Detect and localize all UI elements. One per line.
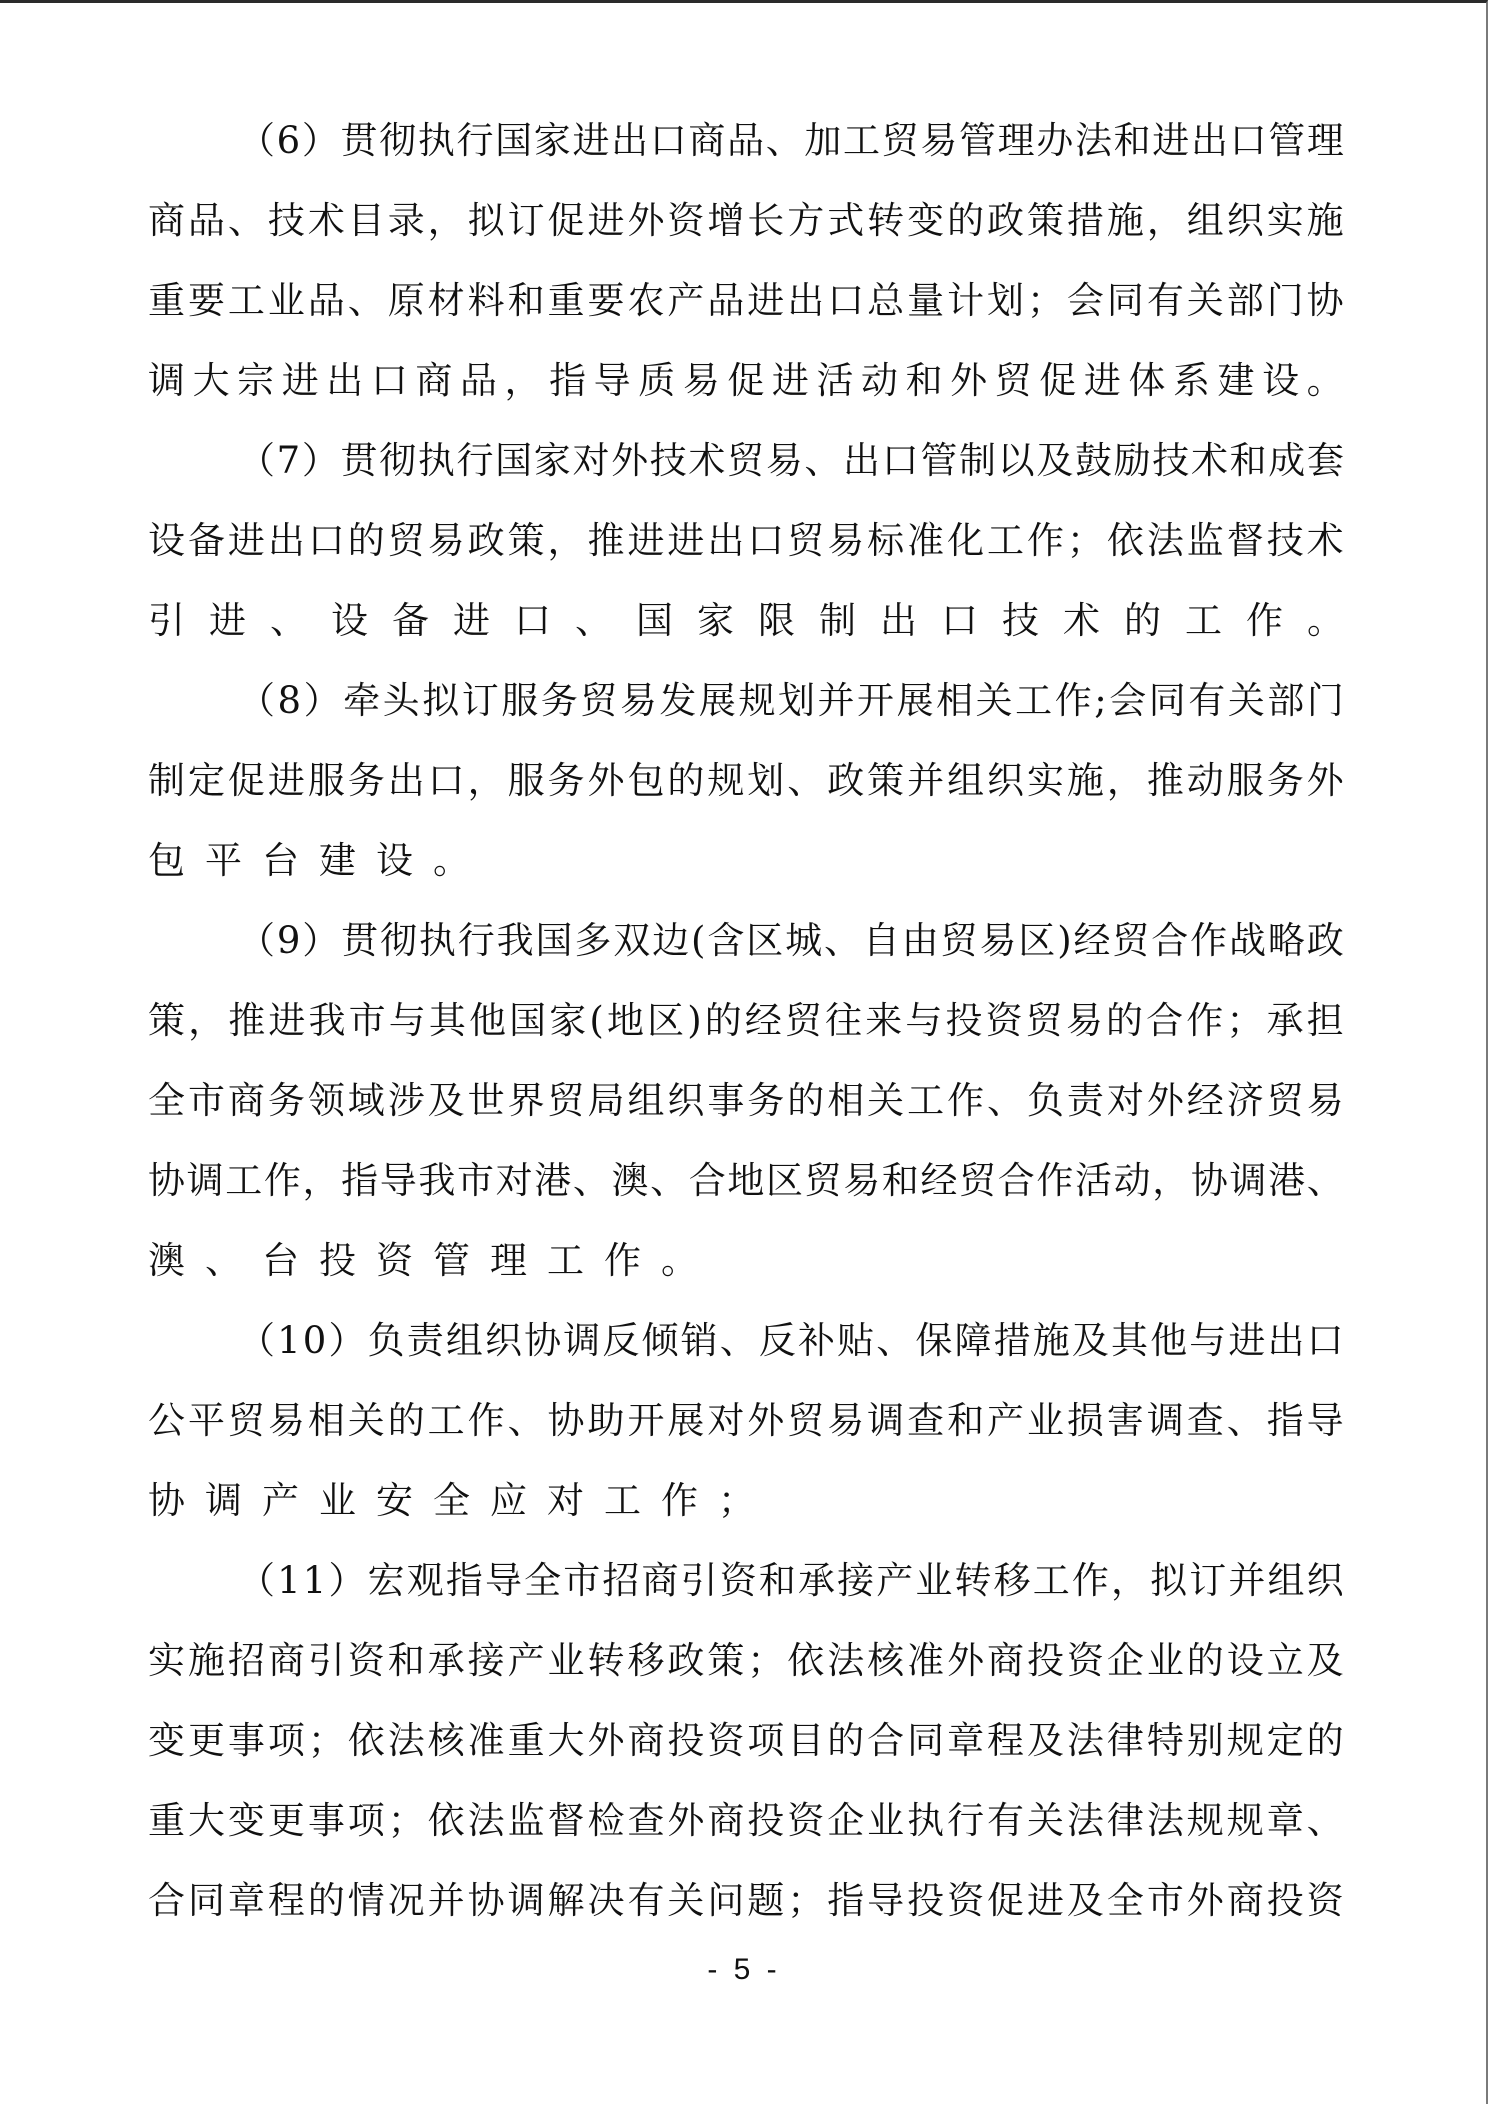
paragraph-line: 全市商务领域涉及世界贸局组织事务的相关工作、负责对外经济贸易 xyxy=(148,1061,1344,1141)
paragraph-line: 制定促进服务出口，服务外包的规划、政策并组织实施，推动服务外 xyxy=(148,741,1344,821)
paragraph-item-7: （7）贯彻执行国家对外技术贸易、出口管制以及鼓励技术和成套设备进出口的贸易政策，… xyxy=(148,421,1344,661)
paragraph-item-11: （11）宏观指导全市招商引资和承接产业转移工作，拟订并组织实施招商引资和承接产业… xyxy=(148,1541,1344,1941)
paragraph-line: 设备进出口的贸易政策，推进进出口贸易标准化工作；依法监督技术 xyxy=(148,501,1344,581)
paragraph-line: 调大宗进出口商品，指导质易促进活动和外贸促进体系建设。 xyxy=(148,341,1344,421)
paragraph-line: 实施招商引资和承接产业转移政策；依法核准外商投资企业的设立及 xyxy=(148,1621,1344,1701)
paragraph-first-line: （11）宏观指导全市招商引资和承接产业转移工作，拟订并组织 xyxy=(148,1541,1344,1621)
document-body: （6）贯彻执行国家进出口商品、加工贸易管理办法和进出口管理商品、技术目录，拟订促… xyxy=(148,101,1344,1941)
paragraph-line: 协调工作，指导我市对港、澳、合地区贸易和经贸合作活动，协调港、 xyxy=(148,1141,1344,1221)
document-page: （6）贯彻执行国家进出口商品、加工贸易管理办法和进出口管理商品、技术目录，拟订促… xyxy=(0,0,1488,2104)
paragraph-line: 重要工业品、原材料和重要农产品进出口总量计划；会同有关部门协 xyxy=(148,261,1344,341)
paragraph-line: 引进、设备进口、国家限制出口技术的工作。 xyxy=(148,581,1344,661)
paragraph-first-line: （10）负责组织协调反倾销、反补贴、保障措施及其他与进出口 xyxy=(148,1301,1344,1381)
paragraph-item-9: （9）贯彻执行我国多双边(含区城、自由贸易区)经贸合作战略政策，推进我市与其他国… xyxy=(148,901,1344,1301)
paragraph-line: 公平贸易相关的工作、协助开展对外贸易调查和产业损害调查、指导 xyxy=(148,1381,1344,1461)
paragraph-line: 包平台建设。 xyxy=(148,821,1344,901)
paragraph-line: 商品、技术目录，拟订促进外资增长方式转变的政策措施，组织实施 xyxy=(148,181,1344,261)
paragraph-first-line: （7）贯彻执行国家对外技术贸易、出口管制以及鼓励技术和成套 xyxy=(148,421,1344,501)
paragraph-item-6: （6）贯彻执行国家进出口商品、加工贸易管理办法和进出口管理商品、技术目录，拟订促… xyxy=(148,101,1344,421)
paragraph-first-line: （8）牵头拟订服务贸易发展规划并开展相关工作;会同有关部门 xyxy=(148,661,1344,741)
paragraph-line: 协调产业安全应对工作； xyxy=(148,1461,1344,1541)
paragraph-first-line: （6）贯彻执行国家进出口商品、加工贸易管理办法和进出口管理 xyxy=(148,101,1344,181)
paragraph-line: 变更事项；依法核准重大外商投资项目的合同章程及法律特别规定的 xyxy=(148,1701,1344,1781)
paragraph-item-10: （10）负责组织协调反倾销、反补贴、保障措施及其他与进出口公平贸易相关的工作、协… xyxy=(148,1301,1344,1541)
paragraph-first-line: （9）贯彻执行我国多双边(含区城、自由贸易区)经贸合作战略政 xyxy=(148,901,1344,981)
paragraph-line: 重大变更事项；依法监督检查外商投资企业执行有关法律法规规章、 xyxy=(148,1781,1344,1861)
paragraph-line: 合同章程的情况并协调解决有关问题；指导投资促进及全市外商投资 xyxy=(148,1861,1344,1941)
paragraph-line: 策，推进我市与其他国家(地区)的经贸往来与投资贸易的合作；承担 xyxy=(148,981,1344,1061)
paragraph-line: 澳、台投资管理工作。 xyxy=(148,1221,1344,1301)
page-number: - 5 - xyxy=(0,1953,1488,1987)
paragraph-item-8: （8）牵头拟订服务贸易发展规划并开展相关工作;会同有关部门制定促进服务出口，服务… xyxy=(148,661,1344,901)
